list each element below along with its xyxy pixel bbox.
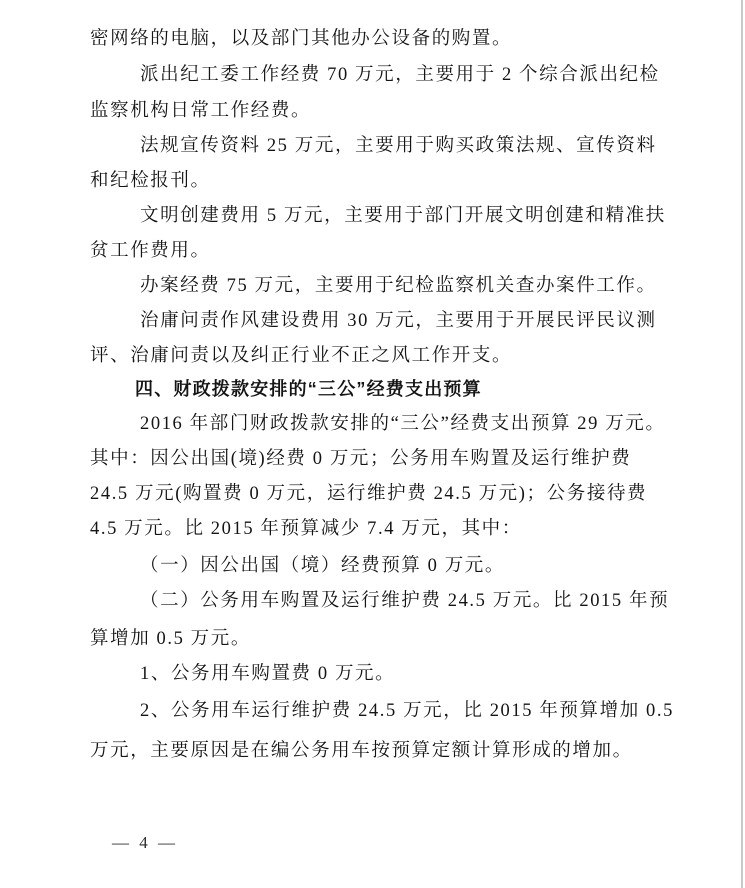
body-line: 2016 年部门财政拨款安排的“三公”经费支出预算 29 万元。 bbox=[90, 413, 665, 436]
body-line: 监察机构日常工作经费。 bbox=[90, 100, 665, 123]
body-line: 法规宣传资料 25 万元，主要用于购买政策法规、宣传资料 bbox=[90, 135, 665, 158]
body-line: 密网络的电脑，以及部门其他办公设备的购置。 bbox=[90, 28, 665, 51]
body-line: 贫工作费用。 bbox=[90, 240, 665, 263]
body-line: 24.5 万元(购置费 0 万元，运行维护费 24.5 万元)；公务接待费 bbox=[90, 483, 665, 506]
body-line: 1、公务用车购置费 0 万元。 bbox=[90, 663, 665, 686]
page-number: — 4 — bbox=[112, 833, 178, 853]
body-line: 办案经费 75 万元，主要用于纪检监察机关查办案件工作。 bbox=[90, 275, 665, 298]
body-line: 万元，主要原因是在编公务用车按预算定额计算形成的增加。 bbox=[90, 740, 665, 763]
document-page: 密网络的电脑，以及部门其他办公设备的购置。 派出纪工委工作经费 70 万元，主要… bbox=[0, 0, 745, 888]
body-line: （二）公务用车购置及运行维护费 24.5 万元。比 2015 年预 bbox=[90, 590, 665, 613]
body-line: （一）因公出国（境）经费预算 0 万元。 bbox=[90, 555, 665, 578]
body-line: 2、公务用车运行维护费 24.5 万元，比 2015 年预算增加 0.5 bbox=[90, 700, 665, 723]
body-line: 其中：因公出国(境)经费 0 万元；公务用车购置及运行维护费 bbox=[90, 448, 665, 471]
body-line: 派出纪工委工作经费 70 万元，主要用于 2 个综合派出纪检 bbox=[90, 64, 665, 87]
section-heading: 四、财政拨款安排的“三公”经费支出预算 bbox=[90, 378, 665, 401]
body-line: 4.5 万元。比 2015 年预算减少 7.4 万元，其中： bbox=[90, 518, 665, 541]
scan-edge-artifact bbox=[741, 0, 743, 888]
body-line: 文明创建费用 5 万元，主要用于部门开展文明创建和精准扶 bbox=[90, 205, 665, 228]
body-line: 算增加 0.5 万元。 bbox=[90, 628, 665, 651]
body-line: 和纪检报刊。 bbox=[90, 170, 665, 193]
body-line: 评、治庸问责以及纠正行业不正之风工作开支。 bbox=[90, 345, 665, 368]
body-line: 治庸问责作风建设费用 30 万元，主要用于开展民评民议测 bbox=[90, 310, 665, 333]
